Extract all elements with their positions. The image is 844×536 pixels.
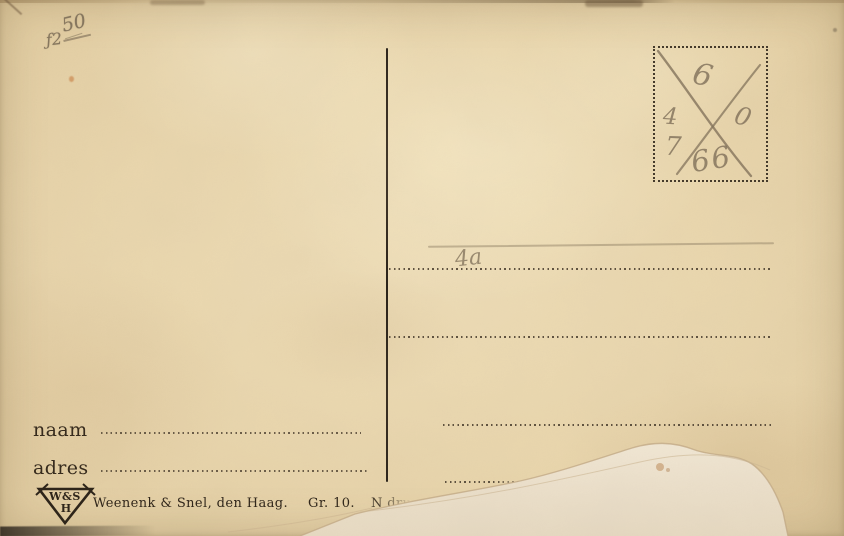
edge-notch bbox=[150, 0, 205, 5]
price-amount: ƒ2 bbox=[45, 29, 63, 50]
address-label: adres bbox=[33, 457, 89, 479]
pencil-scribble: 4a bbox=[454, 245, 484, 273]
price-cents-text: 50 bbox=[60, 10, 89, 37]
edition-text: N dru bbox=[371, 496, 411, 511]
top-edge-shadow bbox=[0, 0, 844, 3]
price-cents: 50 bbox=[58, 9, 92, 42]
price-annotation: ƒ250 bbox=[45, 23, 92, 55]
logo-monogram-bottom: H bbox=[61, 502, 71, 515]
paper-speck bbox=[69, 76, 74, 82]
edge-notch bbox=[585, 0, 643, 7]
stamp-pencil-mark: 7 bbox=[664, 132, 682, 163]
divider-line bbox=[386, 48, 388, 482]
foxing-spot bbox=[656, 463, 664, 471]
publisher-logo: W&S H bbox=[35, 482, 97, 526]
publisher-line: Weenenk & Snel, den Haag.Gr. 10.N dru bbox=[93, 496, 411, 511]
address-dotted-line-4 bbox=[445, 481, 537, 483]
name-dotted-line bbox=[101, 432, 361, 434]
address-dotted-line-2 bbox=[389, 336, 771, 338]
stamp-pencil-mark: 66 bbox=[689, 139, 735, 179]
bottom-edge-shadow bbox=[0, 525, 155, 536]
stamp-pencil-mark: 4 bbox=[662, 104, 678, 131]
paper-speck bbox=[833, 28, 837, 32]
address-dotted-line-1 bbox=[389, 268, 771, 270]
address-dotted-line bbox=[101, 470, 367, 472]
publisher-imprint: Weenenk & Snel, den Haag. bbox=[93, 496, 288, 511]
address-dotted-line-3 bbox=[443, 424, 771, 426]
name-label: naam bbox=[33, 419, 88, 441]
series-number: Gr. 10. bbox=[308, 496, 355, 511]
stamp-box: 6 4 7 0 66 bbox=[653, 46, 768, 182]
postcard-back: ƒ250 6 4 7 0 66 4a naam adres W&S H Ween… bbox=[0, 0, 844, 536]
